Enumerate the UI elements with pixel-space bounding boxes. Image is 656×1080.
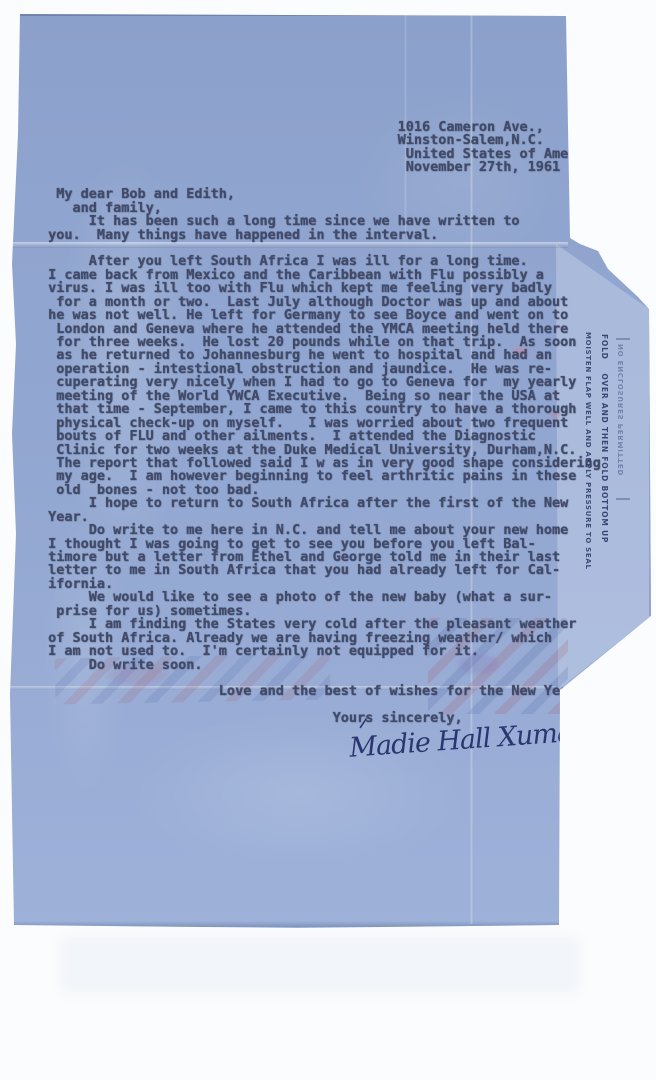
signature: Madie Hall Xuma	[340, 716, 576, 774]
letter-line: you. Many things have happened in the in…	[40, 229, 652, 242]
showthrough-rule-top	[616, 338, 630, 340]
letter-line: Do write soon.	[40, 659, 652, 672]
paper-edge-shadow-bottom	[12, 921, 560, 927]
scanned-page: 1016 Cameron Ave., Winston-Salem,N.C. Un…	[0, 0, 656, 1080]
showthrough-rule-bottom	[616, 498, 630, 500]
signature-flourish	[359, 718, 367, 727]
letter-line: I hope to return to South Africa after t…	[40, 497, 652, 510]
flap-instruction-fold: FOLD OVER AND THEN FOLD BOTTOM UP	[600, 334, 609, 630]
signature-text: Madie Hall Xuma	[347, 717, 573, 764]
showthrough-no-enclosures: NO ENCLOSURES PERMITTED	[617, 344, 625, 494]
letter-paper: 1016 Cameron Ave., Winston-Salem,N.C. Un…	[8, 14, 654, 930]
letter-line: November 27th, 1961	[40, 161, 652, 174]
flap-instruction-moisten: MOISTEN FLAP WELL AND APPLY PRESSURE TO …	[584, 332, 592, 628]
paper-edge-shadow-top	[18, 14, 566, 16]
letter-body: 1016 Cameron Ave., Winston-Salem,N.C. Un…	[40, 121, 652, 726]
letter-line: Love and the best of wishes for the New …	[40, 685, 652, 698]
scanner-artifact	[60, 936, 580, 994]
letter-line: letter to me in South Africa that you ha…	[40, 564, 652, 577]
